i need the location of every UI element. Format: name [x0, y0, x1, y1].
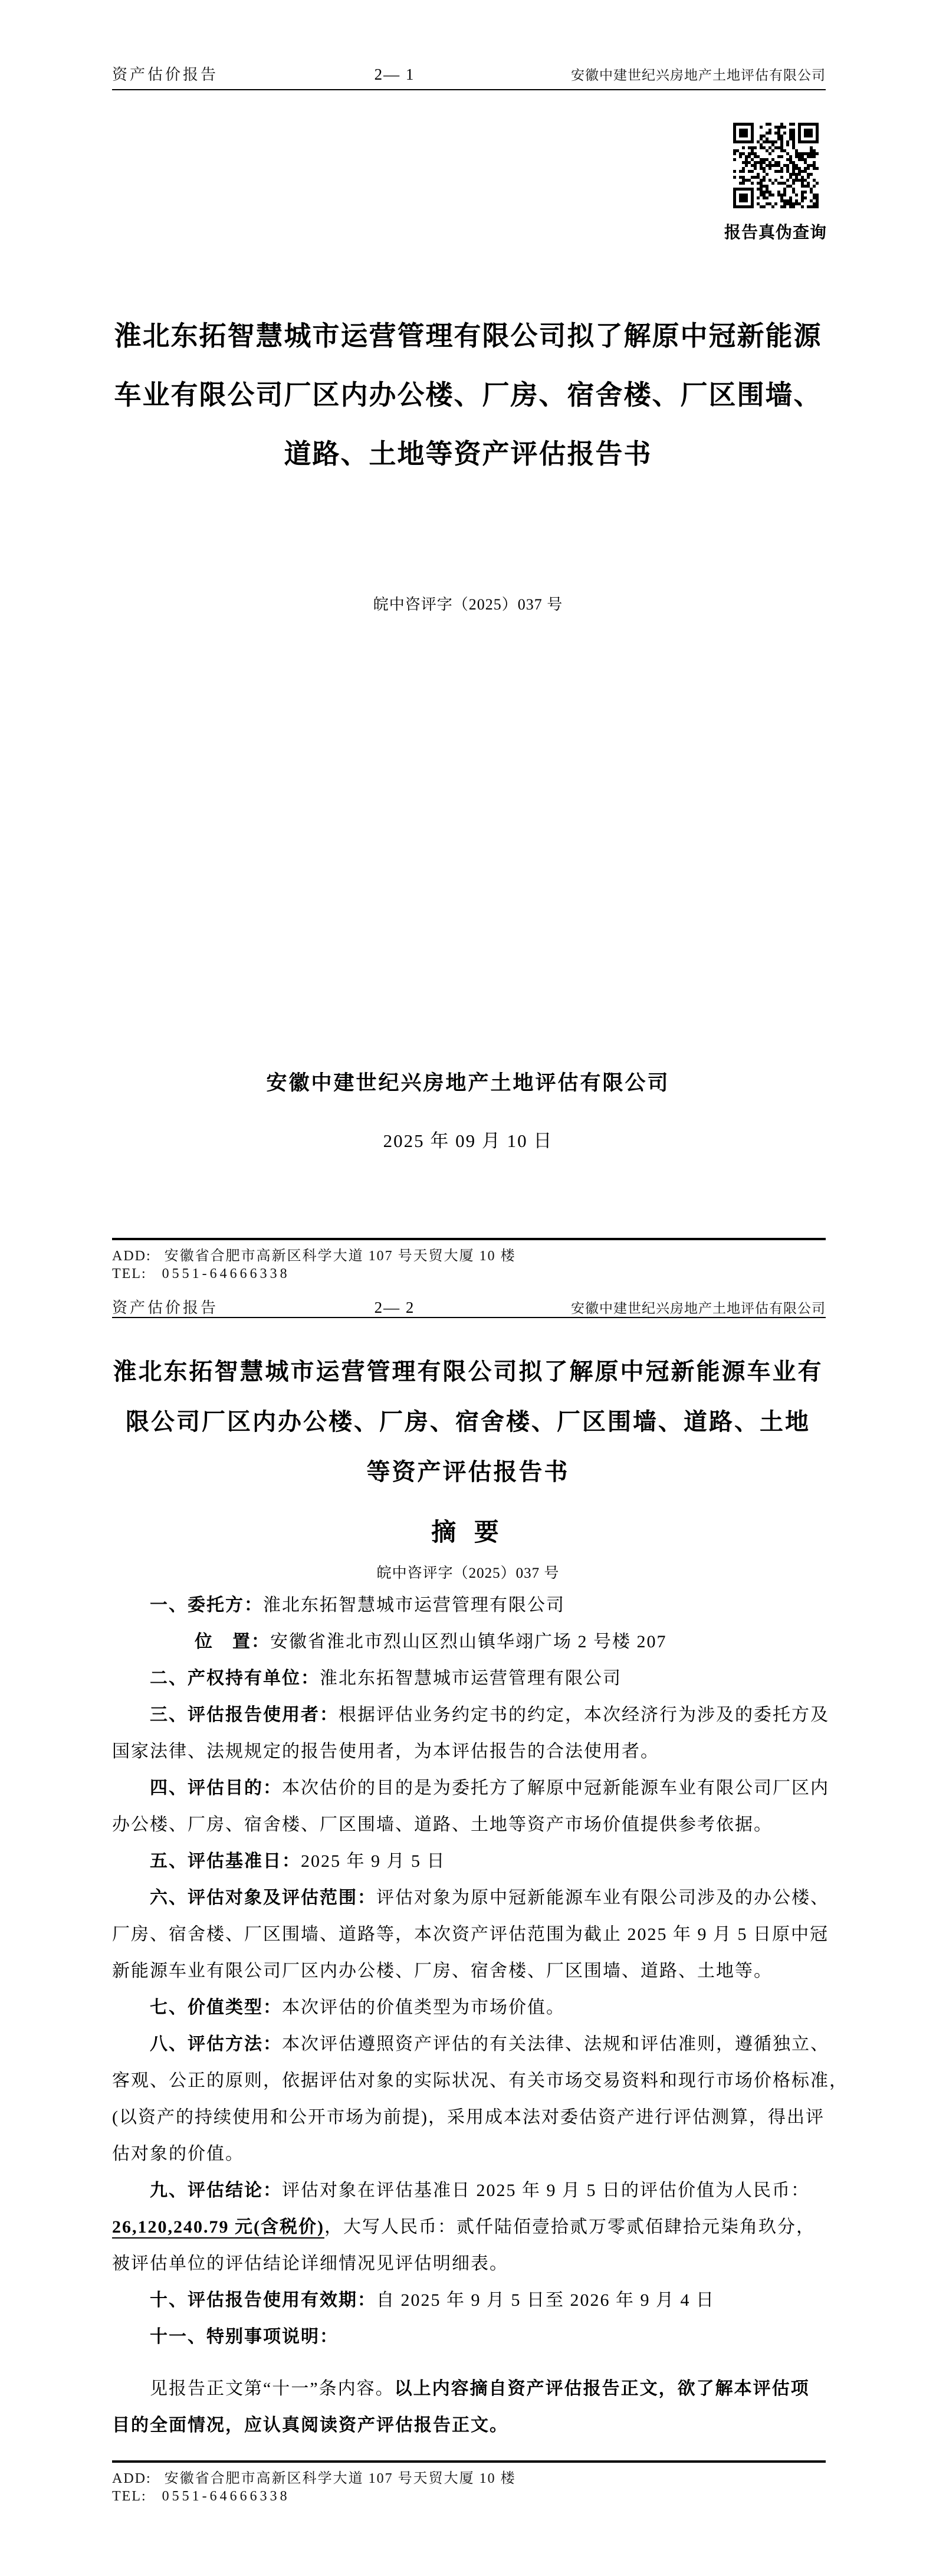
page1-header: 资产估价报告 2— 1 安徽中建世纪兴房地产土地评估有限公司: [112, 63, 826, 84]
footer-phone-line: TEL:0551-64666338: [112, 1266, 826, 1282]
phone-value: 0551-64666338: [162, 2489, 290, 2504]
report-title: 淮北东拓智慧城市运营管理有限公司拟了解原中冠新能源 车业有限公司厂区内办公楼、厂…: [0, 317, 936, 494]
address-value: 安徽省合肥市高新区科学大道 107 号天贸大厦 10 楼: [165, 2471, 516, 2486]
body-line: 十、评估报告使用有效期：自 2025 年 9 月 5 日至 2026 年 9 月…: [112, 2282, 832, 2319]
document-number: 皖中咨评字（2025）037 号: [0, 1561, 936, 1582]
body-line: 九、评估结论：评估对象在评估基准日 2025 年 9 月 5 日的评估价值为人民…: [112, 2172, 832, 2209]
summary-title-line: 等资产评估报告书: [0, 1455, 936, 1505]
body-line: 三、评估报告使用者：根据评估业务约定书的约定，本次经济行为涉及的委托方及: [112, 1697, 832, 1733]
phone-label: TEL:: [112, 2489, 147, 2504]
report-title-line: 车业有限公司厂区内办公楼、厂房、宿舍楼、厂区围墙、: [0, 376, 936, 435]
footer-address-line: ADD:安徽省合肥市高新区科学大道 107 号天贸大厦 10 楼: [112, 2466, 826, 2487]
header-doc-type: 资产估价报告: [112, 1296, 218, 1318]
issuer-company: 安徽中建世纪兴房地产土地评估有限公司: [0, 1067, 936, 1096]
body-line: 见报告正文第“十一”条内容。以上内容摘自资产评估报告正文，欲了解本评估项: [112, 2371, 832, 2407]
body-line: 八、评估方法：本次评估遵照资产评估的有关法律、法规和评估准则，遵循独立、: [112, 2026, 832, 2063]
body-line: 四、评估目的：本次估价的目的是为委托方了解原中冠新能源车业有限公司厂区内: [112, 1770, 832, 1807]
summary-heading: 摘 要: [0, 1513, 936, 1548]
header-page-number: 2— 2: [375, 1299, 415, 1317]
body-line: 六、评估对象及评估范围：评估对象为原中冠新能源车业有限公司涉及的办公楼、: [112, 1880, 832, 1916]
body-line: 估对象的价值。: [112, 2136, 832, 2172]
body-line: 26,120,240.79 元(含税价)，大写人民币：贰仟陆佰壹拾贰万零贰佰肆拾…: [112, 2209, 832, 2246]
header-page-number: 2— 1: [375, 65, 415, 84]
address-value: 安徽省合肥市高新区科学大道 107 号天贸大厦 10 楼: [165, 1248, 516, 1264]
issue-date: 2025 年 09 月 10 日: [0, 1126, 936, 1152]
header-doc-type: 资产估价报告: [112, 63, 218, 84]
report-document: 资产估价报告 2— 1 安徽中建世纪兴房地产土地评估有限公司 报告真伪查询 淮北…: [0, 0, 936, 2576]
body-line: 七、价值类型：本次评估的价值类型为市场价值。: [112, 1990, 832, 2026]
address-label: ADD:: [112, 2471, 152, 2486]
body-line: 客观、公正的原则，依据评估对象的实际状况、有关市场交易资料和现行市场价格标准，: [112, 2063, 832, 2099]
footer-address-line: ADD:安徽省合肥市高新区科学大道 107 号天贸大厦 10 楼: [112, 1244, 826, 1264]
header-rule: [112, 89, 826, 90]
qr-code: [733, 123, 819, 208]
footer-rule: [112, 1238, 826, 1240]
body-line: 位 置：安徽省淮北市烈山区烈山镇华翊广场 2 号楼 207: [112, 1624, 832, 1660]
body-line: 二、产权持有单位：淮北东拓智慧城市运营管理有限公司: [112, 1660, 832, 1697]
summary-title: 淮北东拓智慧城市运营管理有限公司拟了解原中冠新能源车业有 限公司厂区内办公楼、厂…: [0, 1355, 936, 1505]
body-line: 厂房、宿舍楼、厂区围墙、道路等，本次资产评估范围为截止 2025 年 9 月 5…: [112, 1916, 832, 1953]
footer-phone-line: TEL:0551-64666338: [112, 2489, 826, 2505]
summary-title-line: 淮北东拓智慧城市运营管理有限公司拟了解原中冠新能源车业有: [0, 1355, 936, 1405]
header-rule: [112, 1317, 826, 1318]
report-title-line: 道路、土地等资产评估报告书: [0, 435, 936, 494]
summary-title-line: 限公司厂区内办公楼、厂房、宿舍楼、厂区围墙、道路、土地: [0, 1405, 936, 1455]
header-company: 安徽中建世纪兴房地产土地评估有限公司: [571, 64, 826, 84]
body-line: 国家法律、法规规定的报告使用者，为本评估报告的合法使用者。: [112, 1733, 832, 1770]
body-line: 办公楼、厂房、宿舍楼、厂区围墙、道路、土地等资产市场价值提供参考依据。: [112, 1807, 832, 1843]
address-label: ADD:: [112, 1248, 152, 1264]
qr-caption: 报告真伪查询: [712, 219, 839, 243]
summary-body: 一、委托方：淮北东拓智慧城市运营管理有限公司位 置：安徽省淮北市烈山区烈山镇华翊…: [112, 1587, 832, 2444]
body-line: 新能源车业有限公司厂区内办公楼、厂房、宿舍楼、厂区围墙、道路、土地等。: [112, 1953, 832, 1990]
body-line: (以资产的持续使用和公开市场为前提)，采用成本法对委估资产进行评估测算，得出评: [112, 2099, 832, 2136]
phone-value: 0551-64666338: [162, 1266, 290, 1282]
body-line: 一、委托方：淮北东拓智慧城市运营管理有限公司: [112, 1587, 832, 1624]
body-line: 十一、特别事项说明：: [112, 2319, 832, 2355]
header-company: 安徽中建世纪兴房地产土地评估有限公司: [571, 1297, 826, 1317]
page2-header: 资产估价报告 2— 2 安徽中建世纪兴房地产土地评估有限公司: [112, 1296, 826, 1318]
body-line: 目的全面情况，应认真阅读资产评估报告正文。: [112, 2407, 832, 2444]
document-number: 皖中咨评字（2025）037 号: [0, 592, 936, 614]
footer-rule: [112, 2460, 826, 2463]
body-line: 五、评估基准日：2025 年 9 月 5 日: [112, 1843, 832, 1880]
report-title-line: 淮北东拓智慧城市运营管理有限公司拟了解原中冠新能源: [0, 317, 936, 376]
phone-label: TEL:: [112, 1266, 147, 1282]
body-line: 被评估单位的评估结论详细情况见评估明细表。: [112, 2246, 832, 2282]
